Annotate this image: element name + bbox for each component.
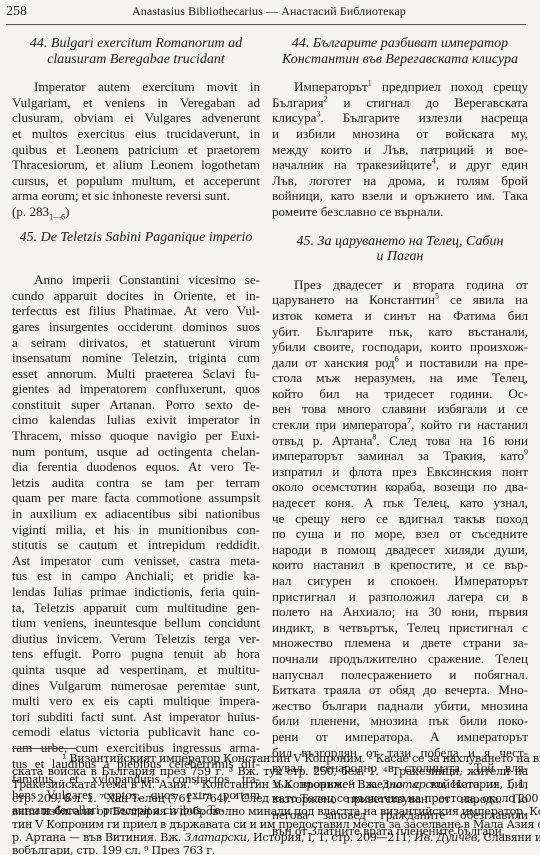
text-line: През двадесет и втората година от	[272, 277, 528, 293]
text-line: terfectus est filius Phatimae. At vero V…	[12, 303, 260, 319]
book-page: 258 Anastasius Bibliothecarius — Анастас…	[0, 0, 540, 855]
footnotes: ¹ Византийският император Константин V К…	[12, 752, 528, 855]
text-line: царуването на Константин5 се явила на	[272, 292, 528, 308]
text-line: дали от ханския род6 и поставили на пре-	[272, 355, 528, 371]
text-line: tens effugit. Porro pugna tenuit ab hora	[12, 646, 260, 662]
text-line: tus est in campo Anchiali; et pridie ka-	[12, 568, 260, 584]
text-line: убили своите, господари, които произхож-	[272, 339, 528, 355]
text-line: индикт, в четвъртък, Телец пристигнал с	[272, 620, 528, 636]
latin-column: 44. Bulgari exercitum Romanorum ad claus…	[12, 36, 260, 818]
text-line: Императорът1 предприел поход срещу	[272, 79, 528, 95]
text-line: cimo kalendas Iulias exivit imperator in	[12, 412, 260, 428]
text-line: отвъд р. Артана8. След това на 16 юни	[272, 433, 528, 449]
section-44-latin-heading: 44. Bulgari exercitum Romanorum ad	[12, 36, 260, 52]
text-line: Vulgariam, et veniens in Veregaban ad	[12, 95, 260, 111]
section-45-latin-heading: 45. De Teletzis Sabini Paganique imperio	[12, 230, 260, 246]
text-line: и избили мнозина от войската му,	[272, 126, 528, 142]
text-line: клисура3. Българите излезли насреща	[272, 110, 528, 126]
text-line: Ast imperator cum venisset, castra meta-	[12, 553, 260, 569]
text-line: Битката траяла от обяд до вечерта. Мно-	[272, 682, 528, 698]
footnote-line: вобългари, стр. 199 сл. ⁹ През 763 г.	[12, 844, 528, 855]
text-line: tium veniens, ineuntesque bellum concidu…	[12, 615, 260, 631]
text-line: началник на тракезийците4, и друг един	[272, 157, 528, 173]
text-line: num pontum, usque ad octingenta chelan-	[12, 444, 260, 460]
text-line: около осемстотин кораба, возещи по два-	[272, 479, 528, 495]
text-line: cundo apparuit docites in Oriente, et in…	[12, 288, 260, 304]
text-line: императорът заминал за Тракия, като9	[272, 448, 528, 464]
section-44-bulgarian-heading: 44. Българите разбиват император	[272, 36, 528, 52]
text-line: напуснал полесражението и побягнал.	[272, 667, 528, 683]
text-line: constituit super Artanan. Porro sexto de…	[12, 397, 260, 413]
running-head: 258 Anastasius Bibliothecarius — Анастас…	[6, 4, 526, 22]
text-line: между които и Лъв, патриций и вое-	[272, 142, 528, 158]
text-line: esset annorum. Multi praeterea Sclavi fu…	[12, 366, 260, 382]
text-line: stitutis se cautum et intrepidum reddidi…	[12, 537, 260, 553]
text-line: Thracem, misso quoque navigio per Euxi-	[12, 428, 260, 444]
text-line: diutius invicem. Verum Teletzis terga ve…	[12, 631, 260, 647]
text-line: Imperator autem exercitum movit in	[12, 79, 260, 95]
running-head-title: Anastasius Bibliothecarius — Анастасий Б…	[132, 4, 406, 19]
text-line: множество племена и двете страни за-	[272, 635, 528, 651]
text-line: viginti milia, et his in munitionibus co…	[12, 522, 260, 538]
text-line: clusuram, obviam ei Vulgares advenerunt	[12, 110, 260, 126]
footnote-line: Тракезийската тема в М. Азия. ⁵ Констант…	[12, 778, 528, 791]
text-line: Anno imperii Constantini vicesimo se-	[12, 272, 260, 288]
section-44-latin-heading-2: clausuram Beregabae trucidant	[12, 52, 260, 68]
text-line: който бил на тридесет години. Ос-	[272, 386, 528, 402]
footnote-rule	[12, 748, 76, 749]
section-45-bulgarian-heading: 45. За царуването на Телец, Сабин	[272, 234, 528, 250]
text-line: България2 и стигнал до Верегавската	[272, 95, 528, 111]
section-44-latin-text: Imperator autem exercitum movit inVulgar…	[12, 79, 260, 204]
text-line: стекли при императора7, който ги настани…	[272, 417, 528, 433]
text-line: et multos exercitus eius trucidaverunt, …	[12, 126, 260, 142]
bulgarian-column: 44. Българите разбиват император Констан…	[272, 36, 528, 838]
footnote-line: тин V Копроним ги приел в държавата си и…	[12, 818, 528, 831]
page-number: 258	[6, 4, 27, 20]
text-line: убит. Българите пък, като въстанали,	[272, 324, 528, 340]
text-line: gares insurgentes occiderunt dominos suo…	[12, 319, 260, 335]
section-45-bulgarian-heading-2: и Паган	[272, 249, 528, 265]
footnote-line: ската войска в България през 759 г. ³ Вж…	[12, 765, 528, 778]
text-line: надесет коня. А пък Телец, като узнал,	[272, 495, 528, 511]
text-line: arma eorum; et sic inhoneste reversi sun…	[12, 188, 260, 204]
text-line: multi vero ex eis capti multique impera-	[12, 693, 260, 709]
text-line: a seiram dirivatos, et statuerunt virum	[12, 335, 260, 351]
footnote-line: вяни избягали от България и доброволно м…	[12, 805, 528, 818]
text-line: нал сигурен и спокоен. Императорът	[272, 573, 528, 589]
text-line: народи в помощ двадесет хиляди души,	[272, 542, 528, 558]
text-line: dia ferentia duodenos equos. At vero Te-	[12, 459, 260, 475]
footnote-line: стр. 209, б л. 1. ⁷ Хан Телец (761—764).…	[12, 792, 528, 805]
text-line: изток комета и синът на Фатима бил	[272, 308, 528, 324]
text-line: ромеите безславно се върнали.	[272, 204, 528, 220]
text-line: вен това много славяни избягали и се	[272, 401, 528, 417]
text-line: изпратил и флота през Евксинския понт	[272, 464, 528, 480]
text-line: cemodi elatus victoria publicavit hanc c…	[12, 724, 260, 740]
text-line: cursus, et populum multum, et acceperunt	[12, 173, 260, 189]
text-line: quinta usque ad vespertinam, et multitu-	[12, 662, 260, 678]
footnote-line: ¹ Византийският император Константин V К…	[12, 752, 528, 765]
text-line: ta, Teletzis apparuit cum multitudine ge…	[12, 600, 260, 616]
text-line: че срещу него се вдигнал такъв поход	[272, 511, 528, 527]
latin-reference: (p. 2831—6)	[12, 204, 260, 220]
text-line: gientes ad imperatorem confluxerunt, quo…	[12, 381, 260, 397]
text-line: почнали продължително сражение. Телец	[272, 651, 528, 667]
section-44-bulgarian-text: Императорът1 предприел поход срещуБългар…	[272, 79, 528, 219]
text-line: quam per mare facta commotione assumpsit	[12, 490, 260, 506]
text-line: стола мъж неразумен, на име Телец,	[272, 370, 528, 386]
footnote-marker: 9	[524, 448, 528, 457]
text-line: които настанил в крепостите, и се вър-	[272, 557, 528, 573]
text-line: lendas Iulias primae indictionis, feria …	[12, 584, 260, 600]
text-line: quibus et Leonem patricium et praetorem	[12, 142, 260, 158]
text-line: insensatum nomine Teletzin, triginta cum	[12, 350, 260, 366]
text-line: пристигнал и разположил лагера си в	[272, 589, 528, 605]
text-line: по суша и по море, взел от съседните	[272, 526, 528, 542]
text-line: войници, като взели и оръжието им. Така	[272, 188, 528, 204]
section-45-latin-text: Anno imperii Constantini vicesimo se-cun…	[12, 272, 260, 818]
text-line: Лъв, логотет на дрома, и голям брой	[272, 173, 528, 189]
section-44-bulgarian-heading-2: Константин във Верегавската клисура	[272, 52, 528, 68]
text-line: in auxilium ex adiacentibus sibi nationi…	[12, 506, 260, 522]
text-line: жество българи паднали убити, мнозина	[272, 698, 528, 714]
header-rule	[6, 24, 526, 25]
footnote-line: р. Артана — във Витиния. Вж. Златарски, …	[12, 831, 528, 844]
text-line: Thracesiorum, et alium Leonem logothetam	[12, 157, 260, 173]
text-line: полето на Анхиало; на 30 юни, първия	[272, 604, 528, 620]
text-line: рени от императора. А императорът	[272, 729, 528, 745]
text-line: били пленени, мнозина пък били поко-	[272, 713, 528, 729]
text-line: tori subditi facti sunt. Ast imperator h…	[12, 709, 260, 725]
text-line: letzis audita contra se tam per terram	[12, 475, 260, 491]
text-line: dines Vulgarum numerosae peremtae sunt,	[12, 678, 260, 694]
